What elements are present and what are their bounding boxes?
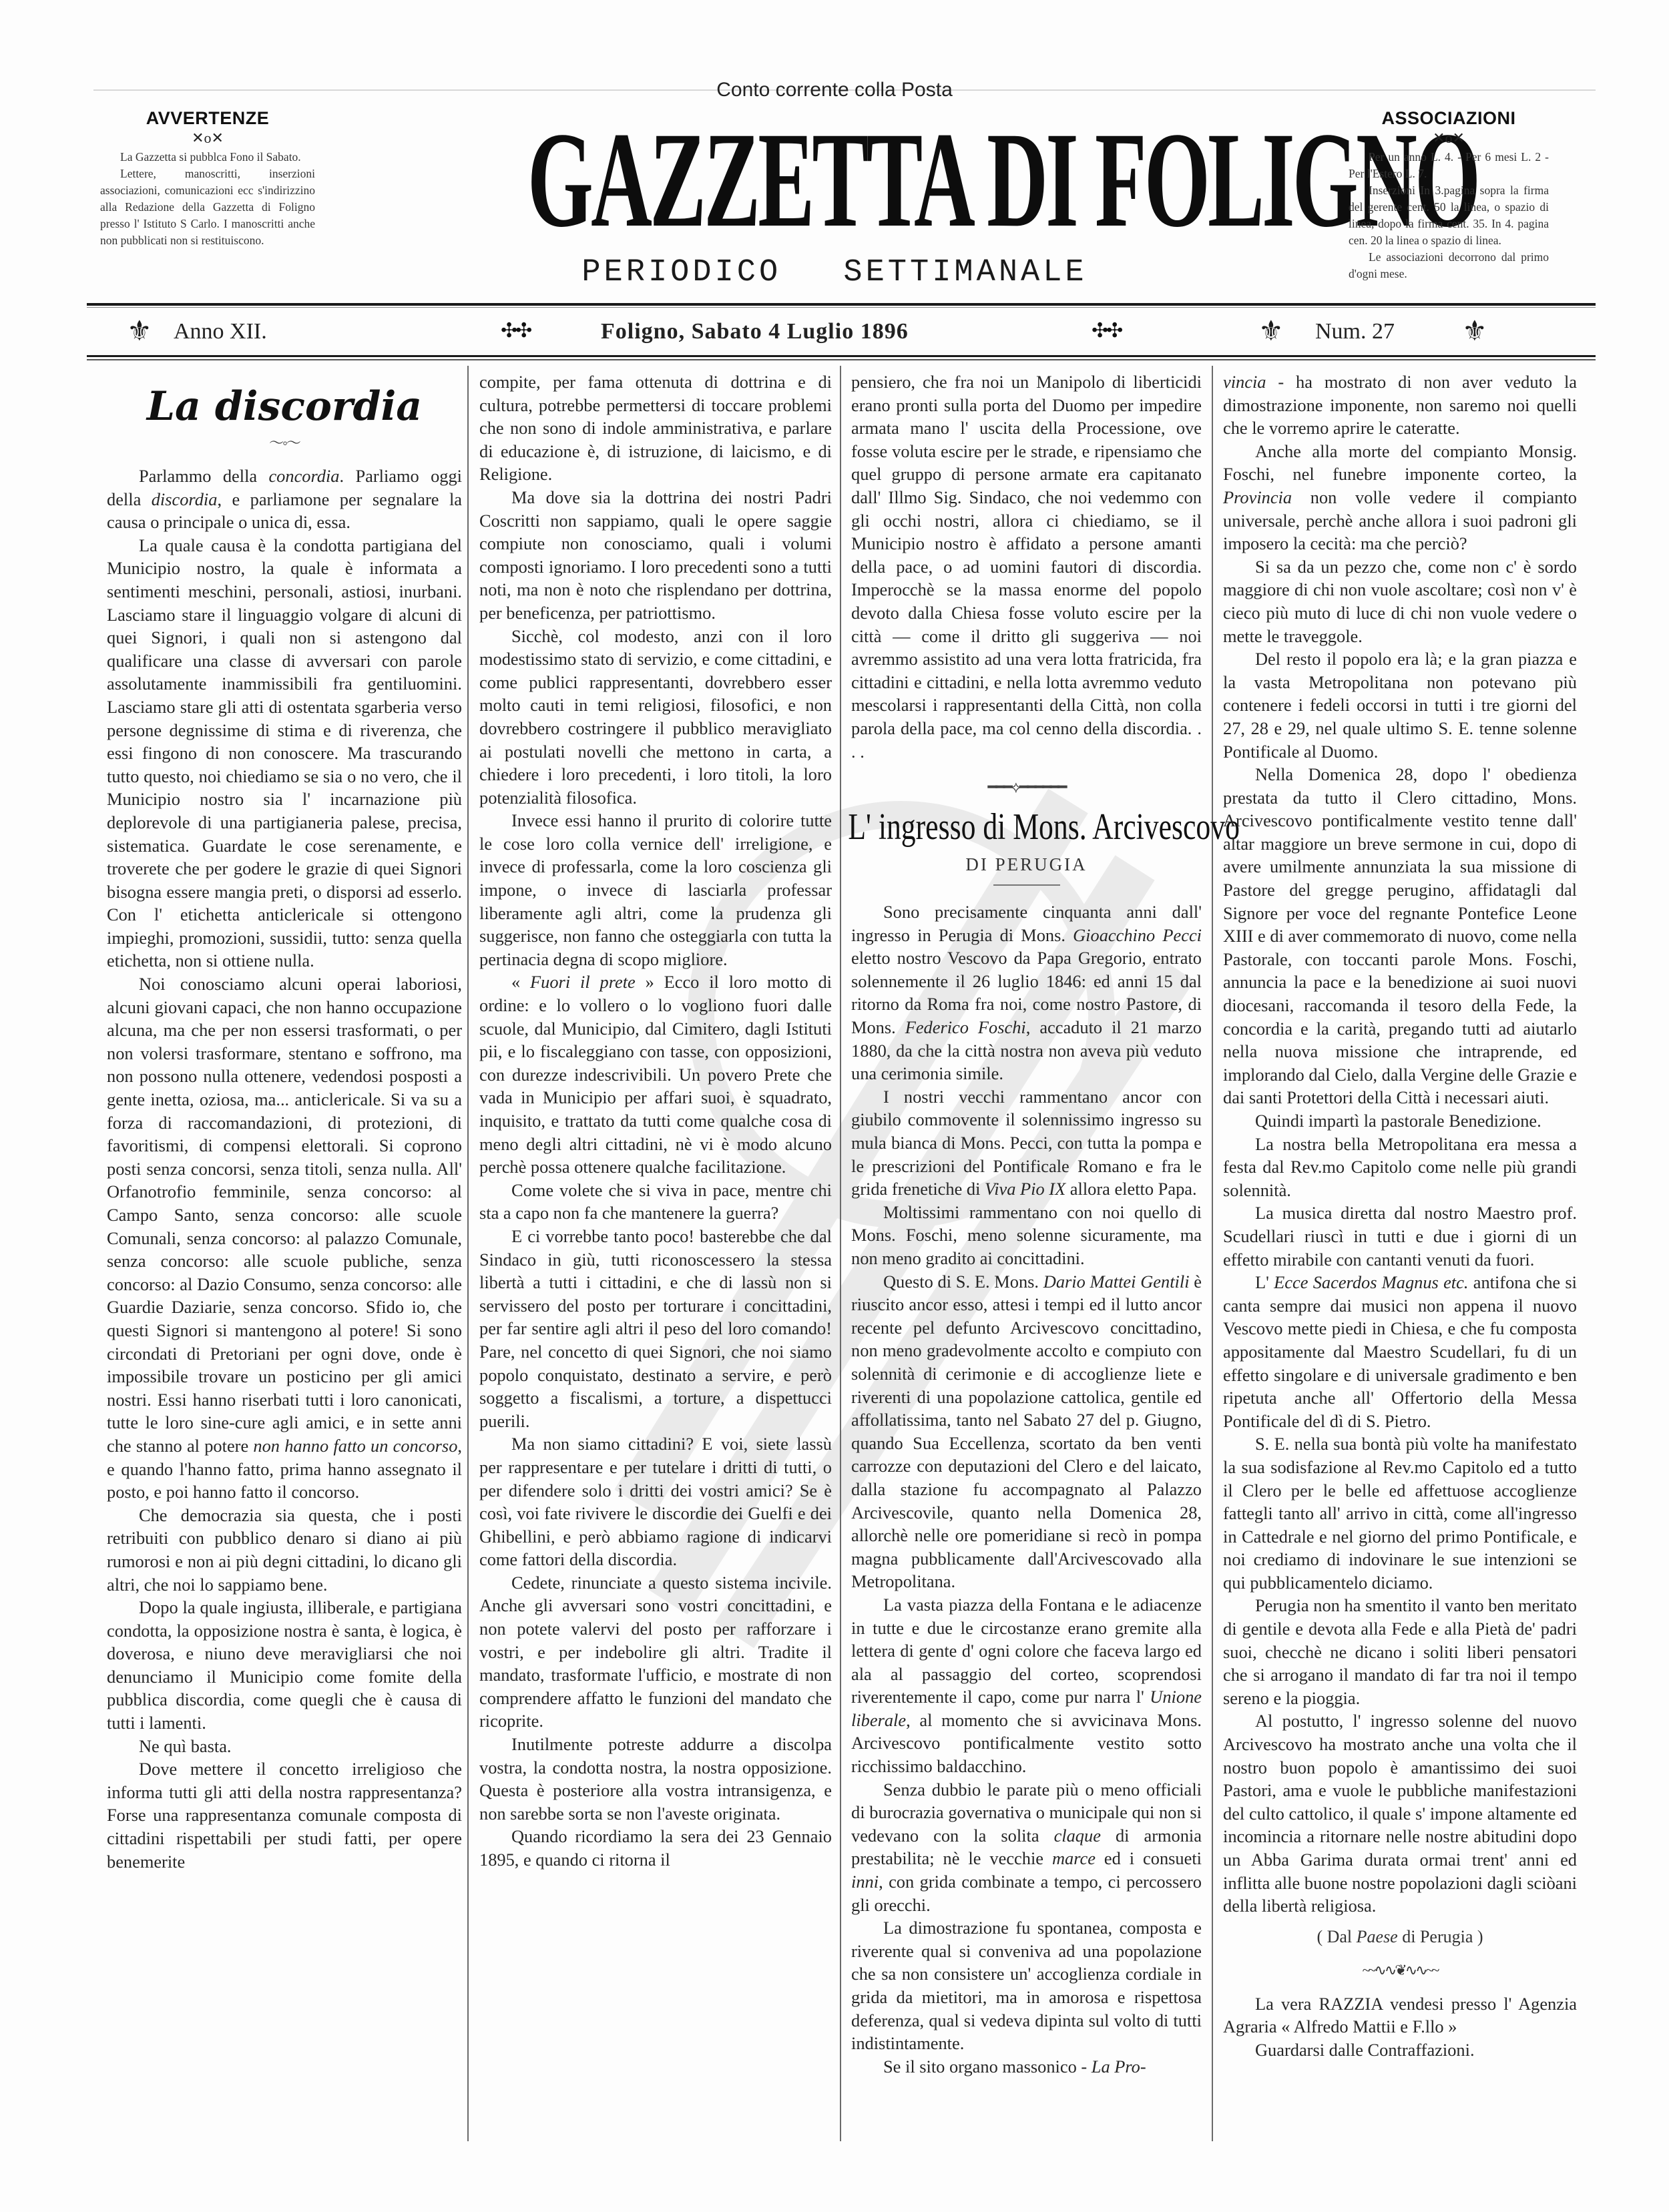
article-paragraph: Al postutto, l' ingresso solenne del nuo… [1223, 1709, 1577, 1917]
fleur-de-lis-icon: ⚜ [1462, 316, 1487, 346]
article-paragraph: Che democrazia sia questa, che i posti r… [107, 1504, 462, 1596]
dateline: ⚜ Anno XII. ✣✣ Foligno, Sabato 4 Luglio … [87, 314, 1596, 351]
article-paragraph: Parlammo della concordia. Parliamo oggi … [107, 465, 462, 534]
associazioni-box: ASSOCIAZIONI ✕o✕ Per un anno L. 4. - Per… [1349, 108, 1549, 282]
article-paragraph: I nostri vecchi rammentano ancor con giu… [851, 1085, 1202, 1201]
article-paragraph: Moltissimi rammentano con noi quello di … [851, 1201, 1202, 1270]
associazioni-text-2: Inserzioni In 3.pagina sopra la firma de… [1349, 182, 1549, 249]
avvertenze-text-2: Lettere, manoscritti, inserzioni associa… [100, 166, 315, 249]
column-divider [840, 366, 841, 2141]
section-separator-icon: ━━━⟡━━━━━━ [851, 778, 1202, 797]
article-paragraph: Invece essi hanno il prurito di colorire… [479, 809, 832, 971]
article-paragraph: Noi conosciamo alcuni operai laboriosi, … [107, 973, 462, 1504]
avvertenze-box: AVVERTENZE ✕o✕ La Gazzetta si pubblca Fo… [100, 108, 315, 249]
article-paragraph: Questo di S. E. Mons. Dario Mattei Genti… [851, 1270, 1202, 1593]
article-paragraph: La dimostrazione fu spontanea, composta … [851, 1916, 1202, 2055]
article-paragraph: compite, per fama ottenuta di dottrina e… [479, 370, 832, 486]
ornament-icon: ✕o✕ [100, 130, 315, 146]
article-paragraph: Senza dubbio le parate più o meno offici… [851, 1778, 1202, 1917]
advertisement-text: La vera RAZZIA vendesi presso l' Agenzia… [1223, 1992, 1577, 2038]
column-divider [467, 366, 469, 2141]
article-paragraph: Quando ricordiamo la sera dei 23 Gennaio… [479, 1825, 832, 1871]
article-paragraph: Si sa da un pezzo che, come non c' è sor… [1223, 555, 1577, 647]
article-paragraph: La vasta piazza della Fontana e le adiac… [851, 1593, 1202, 1778]
column-3: pensiero, che fra noi un Manipolo di lib… [851, 370, 1202, 2078]
postal-note: Conto corrente colla Posta [0, 79, 1669, 101]
newspaper-page: Conto corrente colla Posta AVVERTENZE ✕o… [0, 0, 1669, 2212]
issue-number: Num. 27 [1315, 319, 1395, 344]
column-divider [1212, 366, 1213, 2141]
knot-ornament-icon: ✣✣ [501, 319, 530, 342]
article-paragraph: pensiero, che fra noi un Manipolo di lib… [851, 370, 1202, 763]
article-paragraph: La nostra bella Metropolitana era messa … [1223, 1133, 1577, 1202]
article-paragraph: L' Ecce Sacerdos Magnus etc. antifona ch… [1223, 1271, 1577, 1432]
article-paragraph: Nella Domenica 28, dopo l' obedienza pre… [1223, 763, 1577, 1109]
volume-number: Anno XII. [174, 319, 267, 344]
dateline-rule [87, 355, 1596, 357]
fleur-de-lis-icon: ⚜ [1258, 316, 1284, 346]
associazioni-text-3: Le associazioni decorrono dal primo d'og… [1349, 249, 1549, 282]
article-paragraph: Dopo la quale ingiusta, illiberale, e pa… [107, 1596, 462, 1735]
knot-ornament-icon: ✣✣ [1092, 319, 1121, 342]
column-1: La discordia 〜◦〜 Parlammo della concordi… [107, 370, 462, 1873]
fleur-de-lis-icon: ⚜ [127, 316, 152, 346]
newspaper-title: GAZZETTA DI FOLIGNO [527, 120, 1148, 240]
dateline-rule-thin [87, 359, 1596, 360]
article-subheadline: DI PERUGIA [851, 854, 1202, 875]
article-headline: L' ingresso di Mons. Arcivescovo [848, 804, 1204, 850]
article-paragraph: Cedete, rinunciate a questo sistema inci… [479, 1571, 832, 1733]
issue-date: Foligno, Sabato 4 Luglio 1896 [601, 319, 909, 344]
ornament-icon: ✕o✕ [1349, 130, 1549, 146]
article-paragraph: Inutilmente potreste addurre a discolpa … [479, 1733, 832, 1825]
masthead-rule [87, 303, 1596, 306]
masthead-rule-thin [87, 307, 1596, 308]
article-paragraph: Ma dove sia la dottrina dei nostri Padri… [479, 486, 832, 625]
article-paragraph: Quindi impartì la pastorale Benedizione. [1223, 1109, 1577, 1133]
article-paragraph: Anche alla morte del compianto Monsig. F… [1223, 440, 1577, 555]
article-paragraph: La musica diretta dal nostro Maestro pro… [1223, 1201, 1577, 1271]
article-paragraph: vincia - ha mostrato di non aver veduto … [1223, 370, 1577, 440]
article-paragraph: Se il sito organo massonico - La Pro- [851, 2055, 1202, 2079]
swash-ornament-icon: 〜◦〜 [107, 432, 462, 453]
article-paragraph: Sono precisamente cinquanta anni dall' i… [851, 900, 1202, 1085]
associazioni-text-1: Per un anno L. 4. - Per 6 mesi L. 2 - Pe… [1349, 149, 1549, 182]
divider-ornament-icon: ~~∿∿❦∿∿~~ [1223, 1962, 1577, 1979]
article-paragraph: Perugia non ha smentito il vanto ben mer… [1223, 1594, 1577, 1709]
article-paragraph: Dove mettere il concetto irreligioso che… [107, 1757, 462, 1873]
article-paragraph: La quale causa è la condotta partigiana … [107, 534, 462, 973]
article-paragraph: E ci vorrebbe tanto poco! basterebbe che… [479, 1225, 832, 1432]
article-paragraph: « Fuori il prete » Ecco il loro motto di… [479, 971, 832, 1178]
avvertenze-text-1: La Gazzetta si pubblca Fo­no il Sabato. [100, 149, 315, 166]
column-4: vincia - ha mostrato di non aver veduto … [1223, 370, 1577, 2062]
article-headline: La discordia [107, 380, 462, 433]
source-credit: ( Dal Paese di Perugia ) [1223, 1927, 1577, 1947]
article-paragraph: S. E. nella sua bontà più volte ha manif… [1223, 1432, 1577, 1594]
column-2: compite, per fama ottenuta di dottrina e… [479, 370, 832, 1872]
article-paragraph: Come volete che si viva in pace, mentre … [479, 1179, 832, 1225]
article-paragraph: Del resto il popolo era là; e la gran pi… [1223, 647, 1577, 763]
article-paragraph: Sicchè, col modesto, anzi con il loro mo… [479, 625, 832, 810]
article-paragraph: Ne quì basta. [107, 1735, 462, 1758]
short-rule [993, 884, 1060, 886]
associazioni-heading: ASSOCIAZIONI [1349, 108, 1549, 129]
advertisement-text: Guardarsi dalle Contraffazioni. [1223, 2038, 1577, 2062]
newspaper-subtitle: PERIODICO SETTIMANALE [401, 255, 1268, 290]
article-paragraph: Ma non siamo cittadini? E voi, siete las… [479, 1432, 832, 1571]
avvertenze-heading: AVVERTENZE [100, 108, 315, 129]
